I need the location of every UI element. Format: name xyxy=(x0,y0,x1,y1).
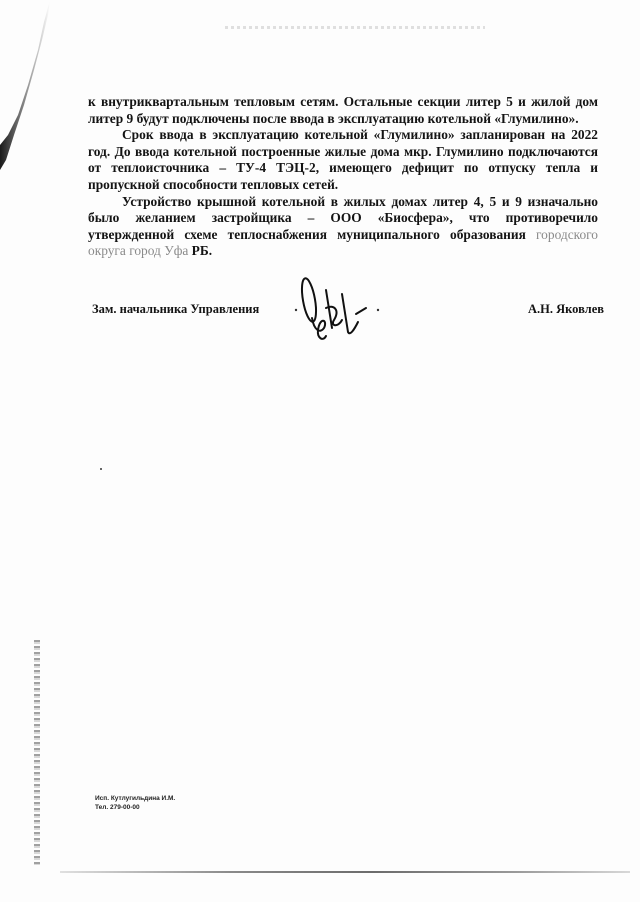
paragraph-3-main: Устройство крышной котельной в жилых дом… xyxy=(88,194,598,242)
letter-body: к внутриквартальным тепловым сетям. Оста… xyxy=(88,94,598,260)
signatory-name: А.Н. Яковлев xyxy=(528,302,604,317)
paragraph-2: Срок ввода в эксплуатацию котельной «Глу… xyxy=(88,127,598,193)
scan-bottom-edge xyxy=(60,871,630,873)
scan-edge-speckle xyxy=(34,640,40,865)
executor-note: Исп. Кутлугильдина И.М. Тел. 279-00-00 xyxy=(95,794,175,812)
executor-name: Исп. Кутлугильдина И.М. xyxy=(95,794,175,803)
paragraph-1: к внутриквартальным тепловым сетям. Оста… xyxy=(88,94,598,127)
document-page: к внутриквартальным тепловым сетям. Оста… xyxy=(0,0,640,902)
paragraph-3: Устройство крышной котельной в жилых дом… xyxy=(88,194,598,260)
scan-edge-shadow xyxy=(0,0,60,180)
handwritten-signature-icon xyxy=(290,270,390,350)
signatory-title: Зам. начальника Управления xyxy=(92,302,259,317)
scan-noise xyxy=(225,26,485,29)
paragraph-3-end: РБ. xyxy=(188,243,212,258)
executor-phone: Тел. 279-00-00 xyxy=(95,803,175,812)
scan-dot xyxy=(100,468,102,470)
